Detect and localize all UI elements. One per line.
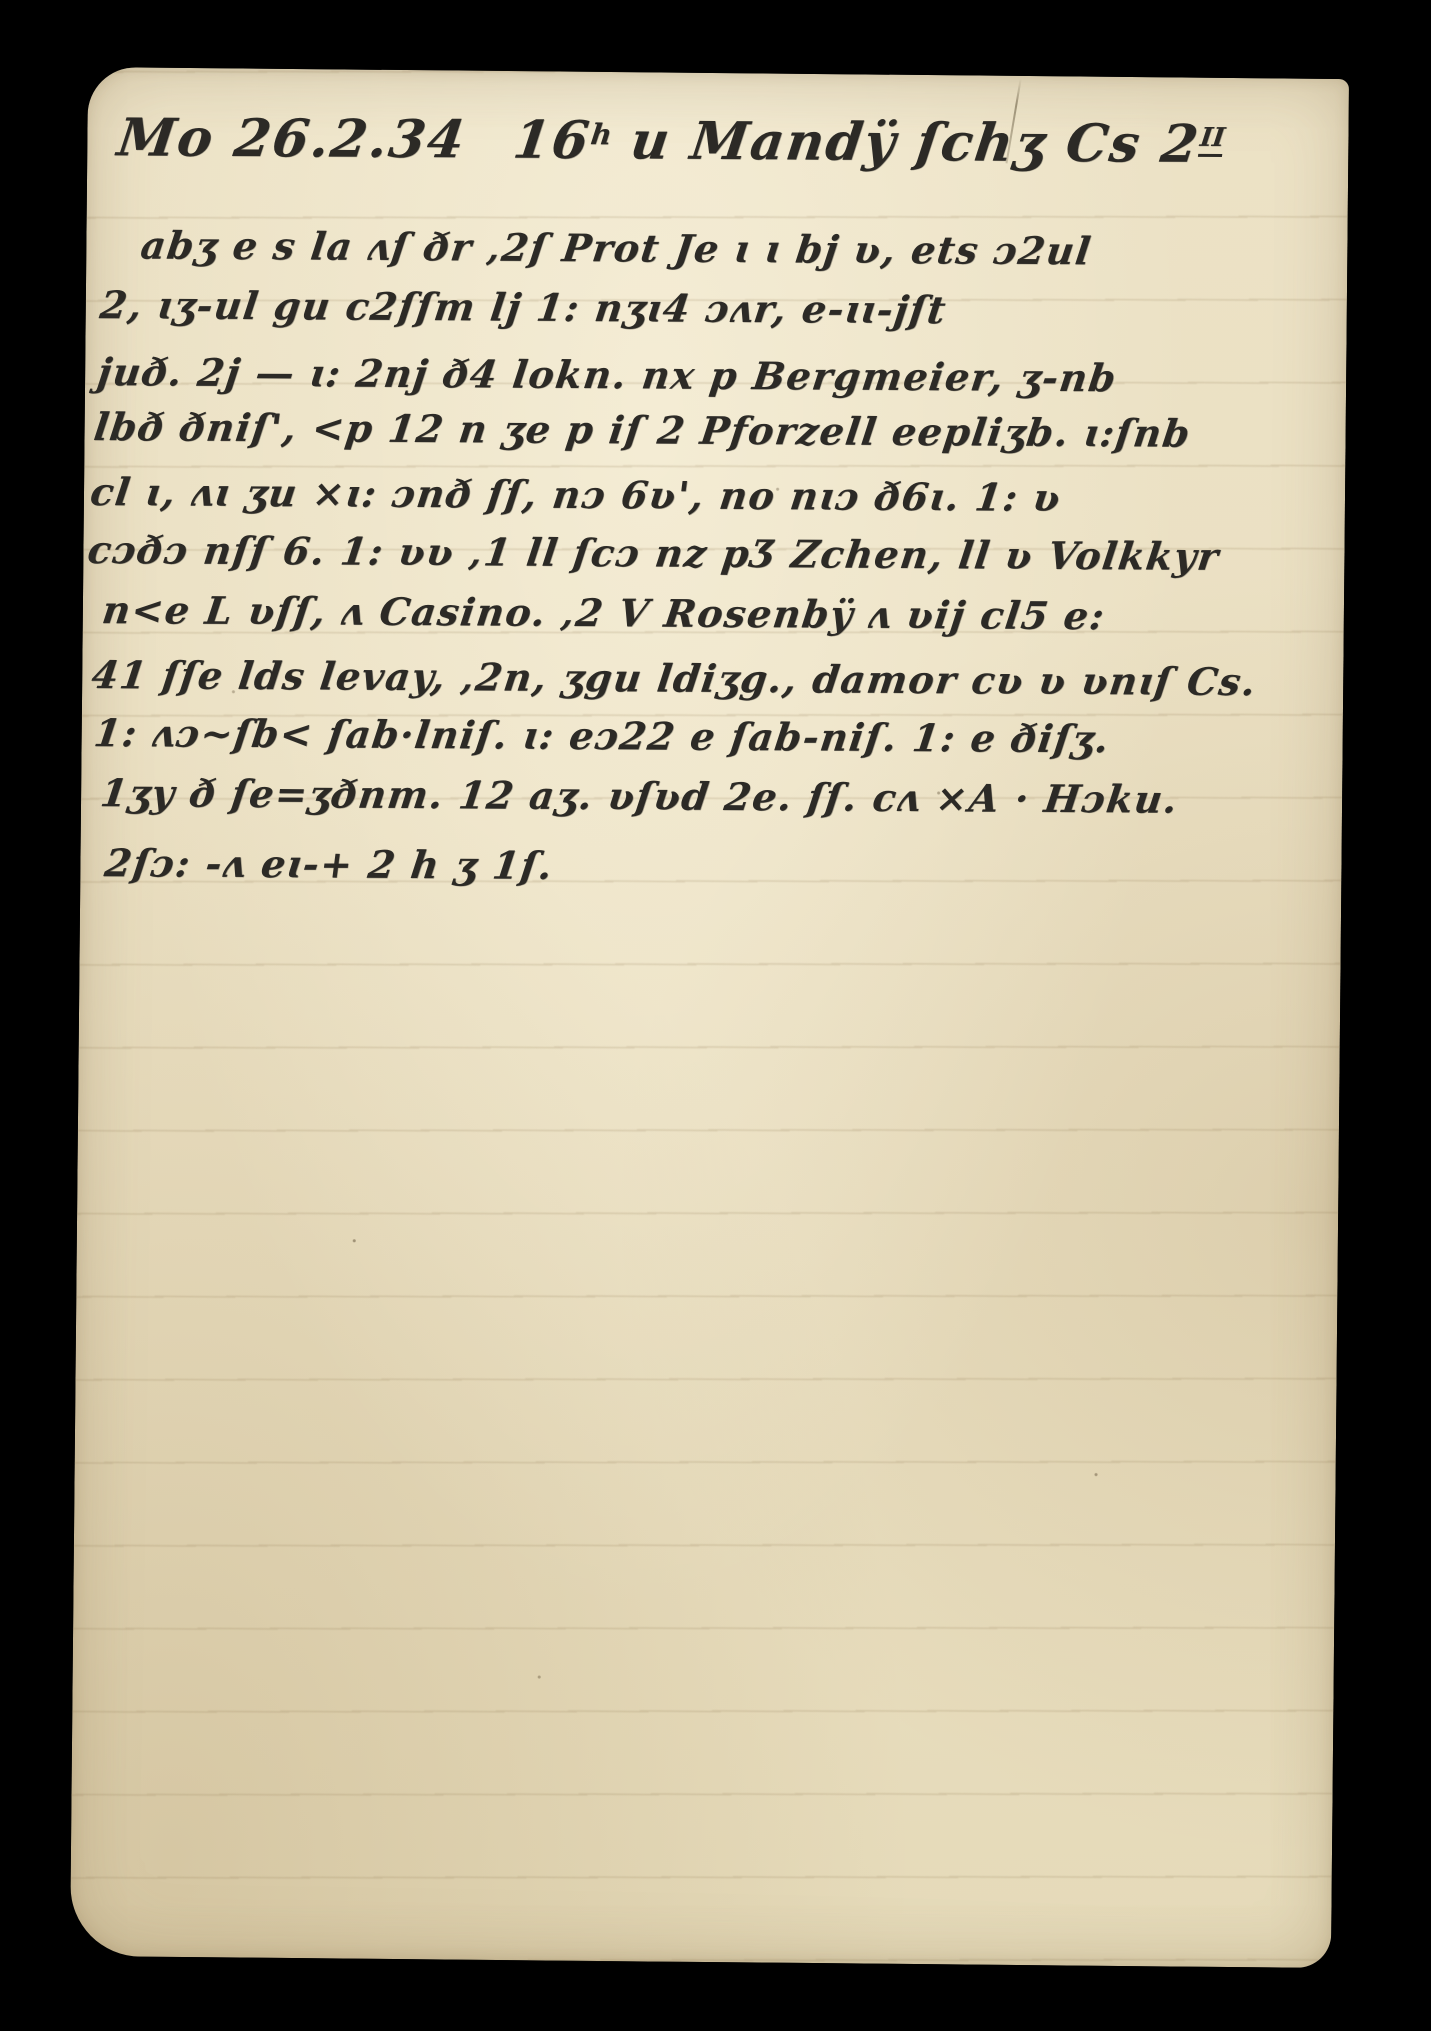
handwriting-line: 1ʒy ð ſe=ʒðnm. 12 aʒ. ʋſʋd 2e. ſſ. cʌ ×A… bbox=[98, 770, 1181, 822]
handwriting-line: n<e L ʋſſ, ʌ Casino. ‚2 V Rosenbÿ ʌ ʋij … bbox=[100, 587, 1108, 638]
header-time: 16 bbox=[510, 110, 594, 171]
handwriting-line: 2, ɩʒ-ul gu c2ſſm lj 1: nʒɩ4 ɔʌr, e-ɩɩ-j… bbox=[98, 282, 950, 332]
handwriting-line: 1: ʌɔ~ſb< ſab·lniſ. ɩ: eɔ22 e ſab-niſ. 1… bbox=[91, 710, 1112, 761]
handwriting-line: cɔðɔ nſſ 6. 1: ʋʋ ‚1 ll ſcɔ nz pƷ Zchen,… bbox=[85, 527, 1222, 579]
handwriting-line: 41 ſſe lds levay, ‚2n, ʒgu ldiʒg., damor… bbox=[89, 652, 1260, 704]
header-date: Mo 26.2.34 bbox=[114, 107, 469, 170]
header-number-superscript: II bbox=[1198, 123, 1227, 157]
handwriting-line: juð. 2j — ɩ: 2nj ð4 lokn. nx p Bergmeier… bbox=[95, 349, 1120, 400]
header-middle: u Mandÿ ſchʒ Cs bbox=[627, 110, 1145, 174]
handwriting-line: abʒ e s la ʌſ ðr ‚2ſ Prot Je ɩ ɩ bj ʋ, e… bbox=[138, 223, 1094, 274]
handwriting-line: 2ſɔ: -ʌ eɩ-+ 2 h ʒ 1ſ. bbox=[102, 840, 556, 888]
header-number: 2 bbox=[1157, 114, 1203, 175]
handwriting-line: lbð ðniſ', <p 12 n ʒe p iſ 2 Pforzell ee… bbox=[91, 404, 1193, 456]
handwriting-line: cl ɩ, ʌɩ ʒu ×ɩ: ɔnð ſſ, nɔ 6ʋ', no nɩɔ ð… bbox=[88, 469, 1064, 520]
header-time-superscript: h bbox=[589, 117, 614, 151]
handwriting-header: Mo 26.2.34 16h u Mandÿ ſchʒ Cs 2II bbox=[114, 107, 1228, 175]
notebook-page: Mo 26.2.34 16h u Mandÿ ſchʒ Cs 2II abʒ e… bbox=[70, 67, 1349, 1968]
